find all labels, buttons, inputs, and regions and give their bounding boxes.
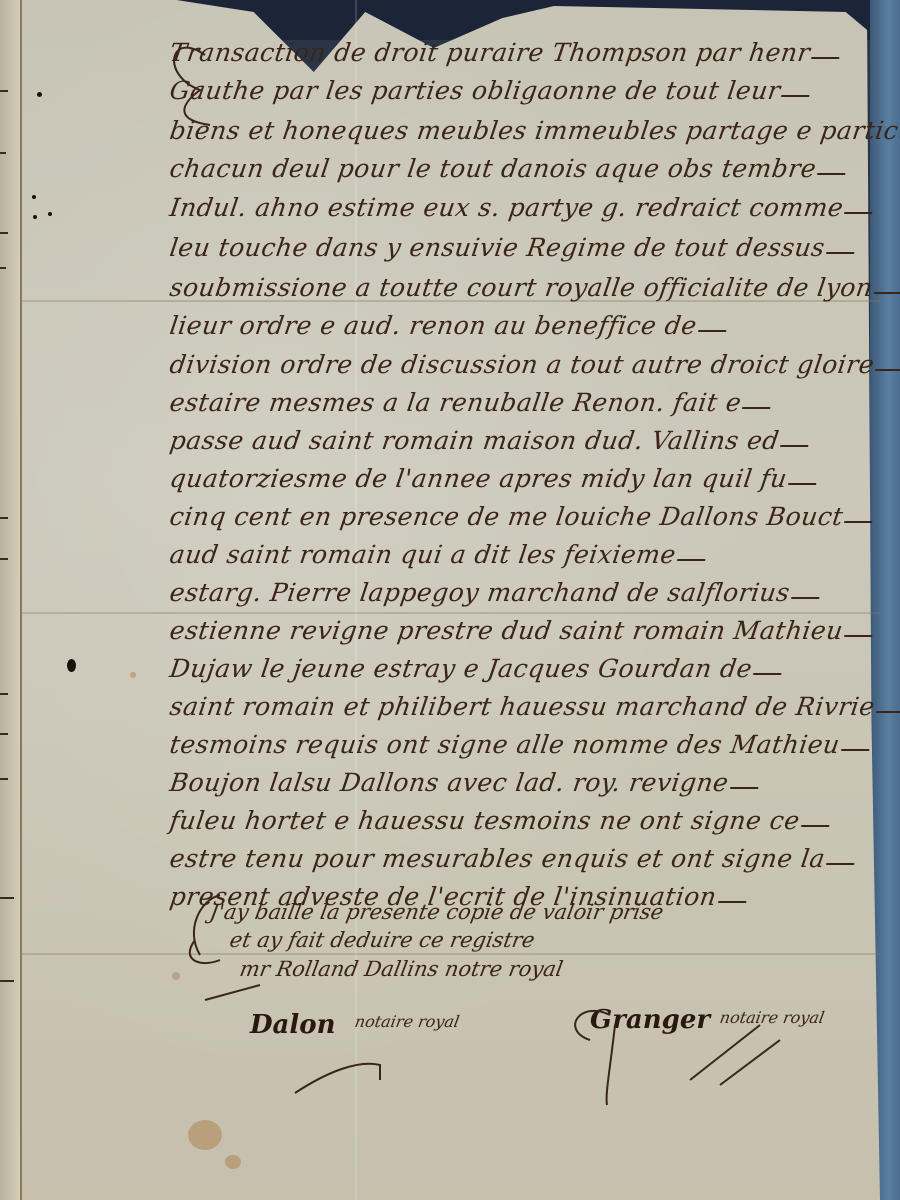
text-line: estaire mesmes a la renuballe Renon. fai… xyxy=(168,388,743,417)
text-line: Gauthe par les parties obligaonne de tou… xyxy=(168,76,783,105)
text-line: tesmoins requis ont signe alle nomme des… xyxy=(168,730,842,759)
text-line: lieur ordre e aud. renon au beneffice de xyxy=(168,311,699,340)
closing-line: et ay fait deduire ce registre xyxy=(228,928,537,952)
ink-speck xyxy=(37,92,42,97)
edge-mark xyxy=(0,733,8,735)
text-line: Boujon lalsu Dallons avec lad. roy. revi… xyxy=(168,768,731,797)
text-line: estarg. Pierre lappegoy marchand de salf… xyxy=(168,578,792,607)
text-line: cinq cent en presence de me louiche Dall… xyxy=(168,502,845,531)
edge-mark xyxy=(0,980,14,982)
text-line: Transaction de droit puraire Thompson pa… xyxy=(168,38,812,67)
signature-note: notaire royal xyxy=(353,1012,461,1031)
text-line: Indul. ahno estime eux s. partye g. redr… xyxy=(168,193,845,222)
text-line: soubmissione a toutte court royalle offi… xyxy=(168,273,875,302)
text-line: Dujaw le jeune estray e Jacques Gourdan … xyxy=(168,654,754,683)
signature-granger: Granger xyxy=(590,1005,710,1035)
ink-speck xyxy=(32,195,36,199)
signature-dalon: Dalon xyxy=(250,1010,336,1040)
paper-fold-line xyxy=(22,612,880,614)
edge-mark xyxy=(0,897,14,899)
water-stain xyxy=(130,672,136,678)
edge-mark xyxy=(0,558,8,560)
adjacent-page-edge xyxy=(0,0,22,1200)
text-line: quatorziesme de l'annee apres midy lan q… xyxy=(168,464,789,493)
edge-mark xyxy=(0,517,8,519)
text-line: passe aud saint romain maison dud. Valli… xyxy=(168,426,781,455)
text-line: biens et honeques meubles immeubles part… xyxy=(168,116,900,145)
water-stain xyxy=(225,1155,241,1169)
text-line: leu touche dans y ensuivie Regime de tou… xyxy=(168,233,827,262)
text-line: estienne revigne prestre dud saint romai… xyxy=(168,616,845,645)
ink-speck xyxy=(48,212,52,216)
text-line: chacun deul pour le tout danois aque obs… xyxy=(168,154,818,183)
edge-mark xyxy=(0,693,8,695)
text-line: aud saint romain qui a dit les feixieme xyxy=(168,540,678,569)
edge-mark xyxy=(0,232,8,234)
edge-mark xyxy=(0,778,8,780)
water-stain xyxy=(188,1120,222,1150)
text-line: division ordre de discussion a tout autr… xyxy=(168,350,876,379)
signature-note: notaire royal xyxy=(718,1008,826,1027)
closing-line: mr Rolland Dallins notre royal xyxy=(238,957,565,981)
text-line: fuleu hortet e hauessu tesmoins ne ont s… xyxy=(168,806,802,835)
text-line: saint romain et philibert hauessu marcha… xyxy=(168,692,877,721)
ink-speck xyxy=(33,215,37,219)
edge-mark xyxy=(0,152,6,154)
edge-mark xyxy=(0,90,8,92)
text-line: estre tenu pour mesurables enquis et ont… xyxy=(168,844,827,873)
paper-fold-line xyxy=(22,953,880,955)
closing-line: J'ay baille la presente copie de valoir … xyxy=(208,900,666,924)
ink-blot xyxy=(67,659,76,672)
edge-mark xyxy=(0,267,6,269)
water-stain xyxy=(172,972,180,980)
